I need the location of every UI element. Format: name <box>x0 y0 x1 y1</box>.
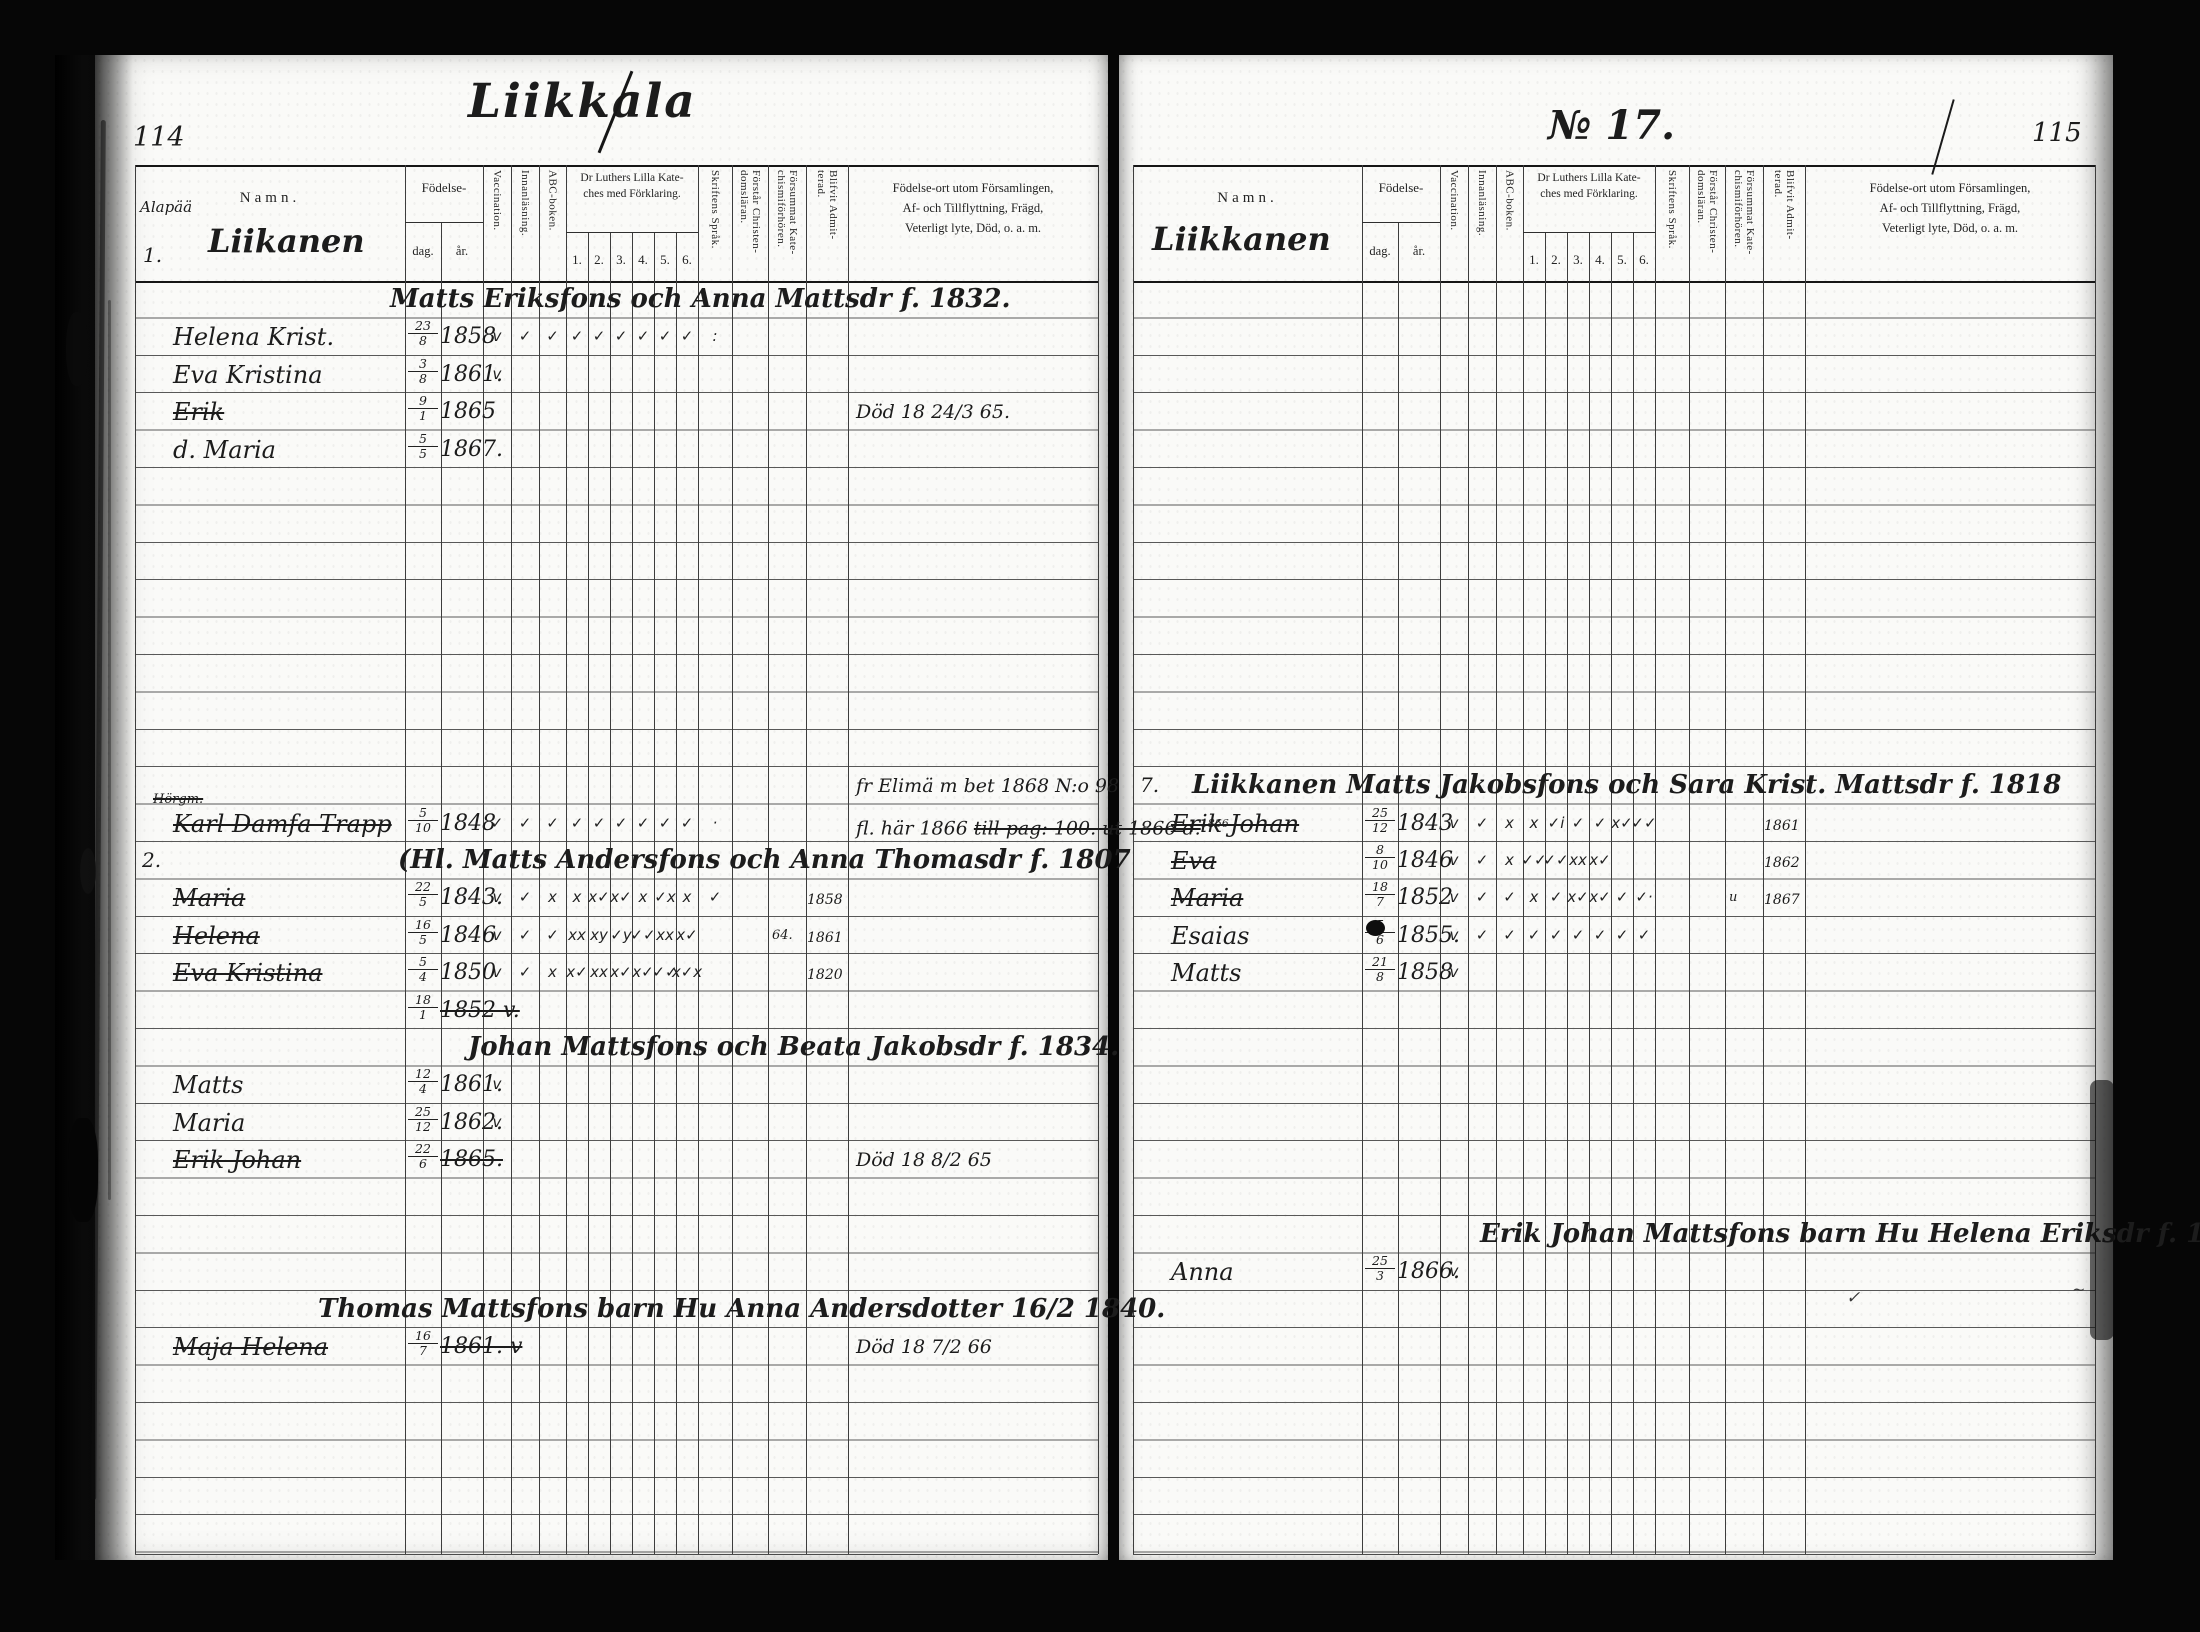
mark-k5: ✓x <box>654 888 675 906</box>
birth-year: 1862. <box>440 1110 503 1135</box>
rule-line <box>135 165 1098 167</box>
mark-k5: ✓ <box>1616 926 1629 944</box>
birth-day-top: 8 <box>1365 843 1395 858</box>
person-name: Esaias <box>1171 922 1249 950</box>
mark-k6: x✓ <box>676 926 697 944</box>
header-label-katekes-col: 1. <box>1523 252 1545 268</box>
scan-artifact-scribble: ✓ <box>1846 1288 1860 1308</box>
person-name: Erik Johan <box>1171 810 1299 838</box>
birth-day-top: 9 <box>408 394 438 409</box>
birth-year: 1865 <box>440 399 496 424</box>
birth-day: 810 <box>1365 843 1395 872</box>
header-label-abc-line: ABC-boken. <box>1504 170 1516 231</box>
mark-k2: ✓ <box>593 814 606 832</box>
header-label-katekes-col: 3. <box>610 252 632 268</box>
rule-line <box>1133 1554 2095 1555</box>
mark-k1: x <box>1530 814 1539 832</box>
birth-day: 167 <box>408 1329 438 1358</box>
mark-k6: x <box>683 888 692 906</box>
header-label-forstar-line: Förstår Christen- <box>1707 170 1719 253</box>
mark-abc: x <box>548 963 557 981</box>
mark-k4: ✓✓ <box>630 926 655 944</box>
header-label-blifvit: Blifvit Admit-terad. <box>806 170 848 278</box>
header-label-katekes-1: Dr Luthers Lilla Kate- <box>566 172 698 184</box>
header-label-forsummat-line: chismiförhören. <box>1732 170 1744 247</box>
mark-k4: ✓ <box>637 814 650 832</box>
person-name: Helena Krist. <box>173 323 334 351</box>
column-line <box>1725 165 1726 1554</box>
mark-k4: ✓ <box>1594 814 1607 832</box>
scan-root: 114 Liikkala Alapää 1. Liikanen 115 № 17… <box>0 0 2200 1632</box>
birth-day-bottom: 8 <box>408 334 438 348</box>
birth-year: 1850 <box>440 960 496 985</box>
birth-day-bottom: 5 <box>408 895 438 909</box>
family-margin-label: 7. <box>1140 773 1159 797</box>
birth-day-top: 12 <box>408 1067 438 1082</box>
mark-k2: xy <box>590 926 608 944</box>
birth-day-top: 3 <box>408 357 438 372</box>
mark-k6: x✓x <box>672 963 702 981</box>
birth-day: 238 <box>408 319 438 348</box>
family-heading: (Hl. Matts Andersfons och Anna Thomasdr … <box>398 844 1131 876</box>
person-name: Maria <box>173 1109 245 1137</box>
birth-day: 91 <box>408 394 438 423</box>
left-surname-script: Liikanen <box>208 222 365 260</box>
mark-k4: ✓ <box>1594 926 1607 944</box>
mark-innan: ✓ <box>519 888 532 906</box>
right-page-number: 115 <box>2032 118 2082 148</box>
family-heading: Thomas Mattsfons barn Hu Anna Andersdott… <box>318 1293 1165 1325</box>
mark-abc: ✓ <box>546 814 559 832</box>
left-page-title-script: Liikkala <box>468 74 697 129</box>
mark-k2: ✓✓ <box>1543 851 1568 869</box>
mark-abc: ✓ <box>546 327 559 345</box>
mark-k1: x <box>573 888 582 906</box>
birth-day-top: 22 <box>408 880 438 895</box>
birth-day-top: 22 <box>408 1142 438 1157</box>
person-name: Eva <box>1171 847 1216 875</box>
birth-year: 1861. <box>440 362 503 387</box>
rule-line <box>405 222 483 223</box>
header-label-notes: Veterligt lyte, Död, o. a. m. <box>1805 221 2095 236</box>
birth-day-top: 25 <box>1365 1254 1395 1269</box>
mark-innan: ✓ <box>519 327 532 345</box>
header-label-skrift-line: Skriftens Språk. <box>709 170 721 249</box>
mark-skrift: · <box>713 814 718 832</box>
column-line <box>1496 165 1497 1554</box>
header-label-abc: ABC-boken. <box>539 170 566 278</box>
note-segment: Död 18 7/2 66 <box>856 1336 992 1358</box>
mark-abc: ✓ <box>1503 926 1516 944</box>
ruled-lines <box>135 281 1098 1554</box>
mark-k3: ✓y <box>610 926 631 944</box>
header-label-katekes-col: 6. <box>676 252 698 268</box>
header-label-katekes-col: 5. <box>1611 252 1633 268</box>
birth-day: 181 <box>408 993 438 1022</box>
birth-year: 1866. <box>1397 1259 1460 1284</box>
birth-year: 1843. <box>440 885 503 910</box>
birth-day-bottom: 12 <box>1365 821 1395 835</box>
mark-abc: x <box>1505 851 1514 869</box>
mark-k3: ✓ <box>615 327 628 345</box>
birth-day-top: 16 <box>408 1329 438 1344</box>
mark-blifvit-year: 1858 <box>807 892 843 908</box>
mark-k2: ✓ <box>1550 888 1563 906</box>
header-label-dag: dag. <box>405 244 441 259</box>
mark-k4: x <box>639 888 648 906</box>
birth-day: 54 <box>408 955 438 984</box>
mark-k6: ✓ <box>681 327 694 345</box>
rule-line <box>1362 222 1440 223</box>
mark-blifvit-year: 1867 <box>1764 892 1800 908</box>
mark-k6: ✓ <box>681 814 694 832</box>
header-label-forstar: Förstår Christen-domsläran. <box>1689 170 1725 278</box>
birth-day-bottom: 12 <box>408 1120 438 1134</box>
header-label-blifvit-line: Blifvit Admit- <box>1784 170 1796 240</box>
header-label-blifvit-line: Blifvit Admit- <box>827 170 839 240</box>
birth-day-bottom: 3 <box>1365 1269 1395 1283</box>
person-name: Helena <box>173 922 260 950</box>
header-label-katekes-col: 6. <box>1633 252 1655 268</box>
mark-k3: x✓ <box>1567 888 1588 906</box>
person-name: Matts <box>173 1071 244 1099</box>
mark-k3: ✓ <box>1572 814 1585 832</box>
header-label-katekes-2: ches med Förklaring. <box>566 188 698 200</box>
header-label-ar: år. <box>441 244 483 259</box>
column-line <box>1545 232 1546 1554</box>
birth-day-bottom: 6 <box>408 1157 438 1171</box>
header-label-katekes-col: 2. <box>588 252 610 268</box>
header-label-katekes-col: 5. <box>654 252 676 268</box>
header-label-notes: Af- och Tillflyttning, Frägd, <box>848 201 1098 216</box>
scan-artifact-edge-shadow <box>2090 1080 2114 1340</box>
birth-year: 1846 <box>1397 848 1453 873</box>
column-line <box>135 165 136 1554</box>
birth-day-bottom: 4 <box>408 970 438 984</box>
header-label-forsummat-line: Försummat Kate- <box>787 170 799 255</box>
mark-blifvit-year: 1861 <box>1764 818 1800 834</box>
note-line: Död 18 7/2 66 <box>856 1335 992 1359</box>
birth-day-bottom: 10 <box>408 821 438 835</box>
column-line <box>1805 165 1806 1554</box>
header-label-katekes-col: 4. <box>1589 252 1611 268</box>
birth-year: 1858 <box>1397 960 1453 985</box>
birth-year: 1858 <box>440 324 496 349</box>
person-name: Eva Kristina <box>173 959 323 987</box>
header-label-innan-line: Innanläsning. <box>519 170 531 236</box>
header-label-innan: Innanläsning. <box>1468 170 1496 278</box>
birth-day: 510 <box>408 806 438 835</box>
header-label-katekes-col: 1. <box>566 252 588 268</box>
header-label-katekes-col: 2. <box>1545 252 1567 268</box>
birth-day-top: 23 <box>408 319 438 334</box>
note-segment: fr Elimä m bet 1868 N:o 98 <box>856 775 1119 797</box>
header-label-skrift: Skriftens Språk. <box>698 170 732 278</box>
mark-k2: ✓i <box>1548 814 1565 832</box>
header-label-forsummat: Försummat Kate-chismiförhören. <box>1725 170 1763 278</box>
note-segment: till pag: 100. ut 1866 d. <box>974 817 1201 839</box>
mark-k3: x✓ <box>610 888 631 906</box>
header-label-vacc: Vaccination. <box>483 170 511 278</box>
birth-year: 1852 <box>1397 885 1453 910</box>
birth-day-bottom: 1 <box>408 409 438 423</box>
column-line <box>632 232 633 1554</box>
scan-artifact-blob <box>66 312 88 386</box>
note-segment: Död 18 8/2 65 <box>856 1149 992 1171</box>
mark-k3: x✓ <box>610 963 631 981</box>
birth-year: 1843 <box>1397 811 1453 836</box>
birth-day-bottom: 5 <box>408 447 438 461</box>
mark-k6: ✓✓ <box>1631 814 1656 832</box>
mark-forsummat: 64. <box>772 928 793 943</box>
column-line <box>1468 165 1469 1554</box>
person-name: Maria <box>173 884 245 912</box>
header-label-ar: år. <box>1398 244 1440 259</box>
mark-k6: ✓· <box>1635 888 1652 906</box>
rule-line <box>566 232 698 233</box>
header-label-blifvit: Blifvit Admit-terad. <box>1763 170 1805 278</box>
birth-day-bottom: 4 <box>408 1082 438 1096</box>
mark-k5: x✓ <box>1611 814 1632 832</box>
person-name: d. Maria <box>173 436 276 464</box>
header-label-vacc-line: Vaccination. <box>1448 170 1460 231</box>
column-line <box>1689 165 1690 1554</box>
mark-k1: ✓ <box>571 327 584 345</box>
column-line <box>1611 232 1612 1554</box>
birth-year: 1861. <box>440 1072 503 1097</box>
birth-day-bottom: 5 <box>408 933 438 947</box>
person-name: Maja Helena <box>173 1333 328 1361</box>
column-line <box>1633 232 1634 1554</box>
note-line: Död 18 8/2 65 <box>856 1148 992 1172</box>
mark-k3: xx <box>1569 851 1587 869</box>
birth-year: 1867. <box>440 437 503 462</box>
birth-day-bottom: 10 <box>1365 858 1395 872</box>
header-label-vacc: Vaccination. <box>1440 170 1468 278</box>
mark-skrift: : <box>712 327 717 345</box>
header-label-fodelse: Födelse- <box>1362 180 1440 196</box>
header-label-dag: dag. <box>1362 244 1398 259</box>
mark-innan: ✓ <box>1476 851 1489 869</box>
header-label-blifvit-line: terad. <box>815 170 827 198</box>
header-label-notes: Af- och Tillflyttning, Frägd, <box>1805 201 2095 216</box>
family-heading: Johan Mattsfons och Beata Jakobsdr f. 18… <box>468 1031 1119 1063</box>
birth-day: 253 <box>1365 1254 1395 1283</box>
mark-k6: ✓ <box>1638 926 1651 944</box>
header-label-skrift-line: Skriftens Språk. <box>1666 170 1678 249</box>
mark-forsummat: u <box>1729 890 1737 905</box>
mark-blifvit-year: 1820 <box>807 967 843 983</box>
header-label-skrift: Skriftens Språk. <box>1655 170 1689 278</box>
birth-year: 1852 v. <box>440 998 520 1023</box>
header-label-abc-line: ABC-boken. <box>547 170 559 231</box>
mark-abc: ✓ <box>1503 888 1516 906</box>
mark-innan: ✓ <box>1476 888 1489 906</box>
mark-k1: ✓ <box>1528 926 1541 944</box>
birth-day-top: 18 <box>408 993 438 1008</box>
header-label-forstar-line: domsläran. <box>1695 170 1707 224</box>
mark-k4: x✓ <box>632 963 653 981</box>
birth-year: 1865. <box>440 1147 503 1172</box>
mark-k4: x✓ <box>1589 888 1610 906</box>
birth-day-top: 25 <box>1365 806 1395 821</box>
right-surname-script: Liikkanen <box>1152 220 1331 258</box>
scan-artifact-blob <box>68 1118 98 1222</box>
birth-day-bottom: 7 <box>408 1344 438 1358</box>
mark-k2: x✓ <box>588 888 609 906</box>
mark-innan: ✓ <box>519 814 532 832</box>
birth-day: 38 <box>408 357 438 386</box>
person-name: Matts <box>1171 959 1242 987</box>
person-name: Erik <box>173 398 224 426</box>
right-page-title-script: № 17. <box>1548 102 1675 149</box>
birth-day-top: 5 <box>408 806 438 821</box>
left-row-label: 1. <box>143 243 162 267</box>
birth-day: 165 <box>408 918 438 947</box>
birth-day-top: 18 <box>1365 880 1395 895</box>
birth-year: 1846 <box>440 923 496 948</box>
birth-day: 55 <box>408 432 438 461</box>
header-label-forsummat-line: Försummat Kate- <box>1744 170 1756 255</box>
left-margin-note: Alapää <box>140 198 192 216</box>
column-line <box>1362 165 1363 1554</box>
birth-day-bottom: 8 <box>408 372 438 386</box>
birth-year: 1855. <box>1397 923 1460 948</box>
rule-line <box>1133 165 2095 167</box>
person-name: Maria <box>1171 884 1243 912</box>
mark-k4: x✓ <box>1589 851 1610 869</box>
family-margin-label: 2. <box>142 848 161 872</box>
mark-innan: ✓ <box>1476 926 1489 944</box>
header-label-forsummat-line: chismiförhören. <box>775 170 787 247</box>
rule-line <box>1523 232 1655 233</box>
mark-innan: ✓ <box>1476 814 1489 832</box>
column-line <box>1133 165 1134 1554</box>
header-label-forstar-line: Förstår Christen- <box>750 170 762 253</box>
header-label-innan-line: Innanläsning. <box>1476 170 1488 236</box>
header-label-katekes-col: 4. <box>632 252 654 268</box>
scan-artifact-blob <box>80 848 96 894</box>
birth-day: 2512 <box>408 1105 438 1134</box>
header-label-katekes-1: Dr Luthers Lilla Kate- <box>1523 172 1655 184</box>
birth-day: 226 <box>408 1142 438 1171</box>
mark-abc: x <box>548 888 557 906</box>
birth-day: 218 <box>1365 955 1395 984</box>
header-label-innan: Innanläsning. <box>511 170 539 278</box>
header-label-fodelse: Födelse- <box>405 180 483 196</box>
mark-k2: xx <box>590 963 608 981</box>
scan-artifact-ink-blot <box>1366 920 1385 936</box>
mark-k2: ✓ <box>1550 926 1563 944</box>
note-line: Död 18 24/3 65. <box>856 400 1010 424</box>
mark-k1: ✓ <box>571 814 584 832</box>
header-label-vacc-line: Vaccination. <box>491 170 503 231</box>
mark-k5: ✓ <box>659 327 672 345</box>
note-segment: fl. här 1866 <box>856 817 974 839</box>
ruled-lines <box>1133 281 2095 1554</box>
mark-abc: x <box>1505 814 1514 832</box>
birth-day-top: 5 <box>408 955 438 970</box>
family-heading: Matts Eriksfons och Anna Mattsdr f. 1832… <box>390 283 1011 315</box>
mark-innan: ✓ <box>519 963 532 981</box>
birth-year: 1861. v <box>440 1334 522 1359</box>
person-name: Karl Damfa Trapp <box>173 810 392 838</box>
header-label-forstar: Förstår Christen-domsläran. <box>732 170 768 278</box>
person-name-above: Hörgm. <box>153 792 203 807</box>
mark-innan: ✓ <box>519 926 532 944</box>
birth-day-top: 21 <box>1365 955 1395 970</box>
person-name: Anna <box>1171 1258 1234 1286</box>
header-label-notes: Födelse-ort utom Församlingen, <box>1805 181 2095 196</box>
mark-blifvit-year: 1862 <box>1764 855 1800 871</box>
note-line: fr Elimä m bet 1868 N:o 98 <box>856 774 1119 798</box>
mark-k5: ✓ <box>1616 888 1629 906</box>
header-label-notes: Födelse-ort utom Församlingen, <box>848 181 1098 196</box>
mark-k3: ✓ <box>615 814 628 832</box>
person-name: Eva Kristina <box>173 361 323 389</box>
header-label-forstar-line: domsläran. <box>738 170 750 224</box>
note-segment: Död 18 24/3 65. <box>856 401 1010 423</box>
birth-day-bottom: 8 <box>1365 970 1395 984</box>
header-label-katekes-col: 3. <box>1567 252 1589 268</box>
scan-artifact-streak <box>108 300 111 1200</box>
person-name: Erik Johan <box>173 1146 301 1174</box>
mark-k2: ✓ <box>593 327 606 345</box>
mark-k4: ✓ <box>637 327 650 345</box>
mark-k5: ✓ <box>659 814 672 832</box>
birth-day: 225 <box>408 880 438 909</box>
birth-day-top: 5 <box>408 432 438 447</box>
header-label-katekes-2: ches med Förklaring. <box>1523 188 1655 200</box>
birth-day: 187 <box>1365 880 1395 909</box>
mark-k1: xx <box>568 926 586 944</box>
column-line <box>1655 165 1656 1554</box>
birth-day-top: 16 <box>408 918 438 933</box>
left-page-number: 114 <box>133 122 185 153</box>
mark-k1: x <box>1530 888 1539 906</box>
header-label-notes: Veterligt lyte, Död, o. a. m. <box>848 221 1098 236</box>
header-label-namn: Namn. <box>1133 190 1362 207</box>
mark-k3: ✓ <box>1572 926 1585 944</box>
mark-abc: ✓ <box>546 926 559 944</box>
mark-skrift: ✓ <box>709 888 722 906</box>
birth-day-bottom: 7 <box>1365 895 1395 909</box>
rule-line <box>135 1554 1098 1555</box>
mark-k1: x✓ <box>566 963 587 981</box>
column-line <box>676 232 677 1554</box>
header-label-forsummat: Försummat Kate-chismiförhören. <box>768 170 806 278</box>
column-line <box>2095 165 2096 1554</box>
scan-artifact-scribble: ~ <box>2072 1280 2085 1299</box>
birth-day-bottom: 1 <box>408 1008 438 1022</box>
mark-blifvit-year: 1861 <box>807 930 843 946</box>
header-label-abc: ABC-boken. <box>1496 170 1523 278</box>
birth-day-top: 25 <box>408 1105 438 1120</box>
birth-day: 2512 <box>1365 806 1395 835</box>
header-label-blifvit-line: terad. <box>1772 170 1784 198</box>
mark-k5: xx <box>656 926 674 944</box>
birth-day: 124 <box>408 1067 438 1096</box>
birth-year: 1848 <box>440 811 496 836</box>
family-heading: Liikkanen Matts Jakobsfons och Sara Kris… <box>1192 769 2061 801</box>
